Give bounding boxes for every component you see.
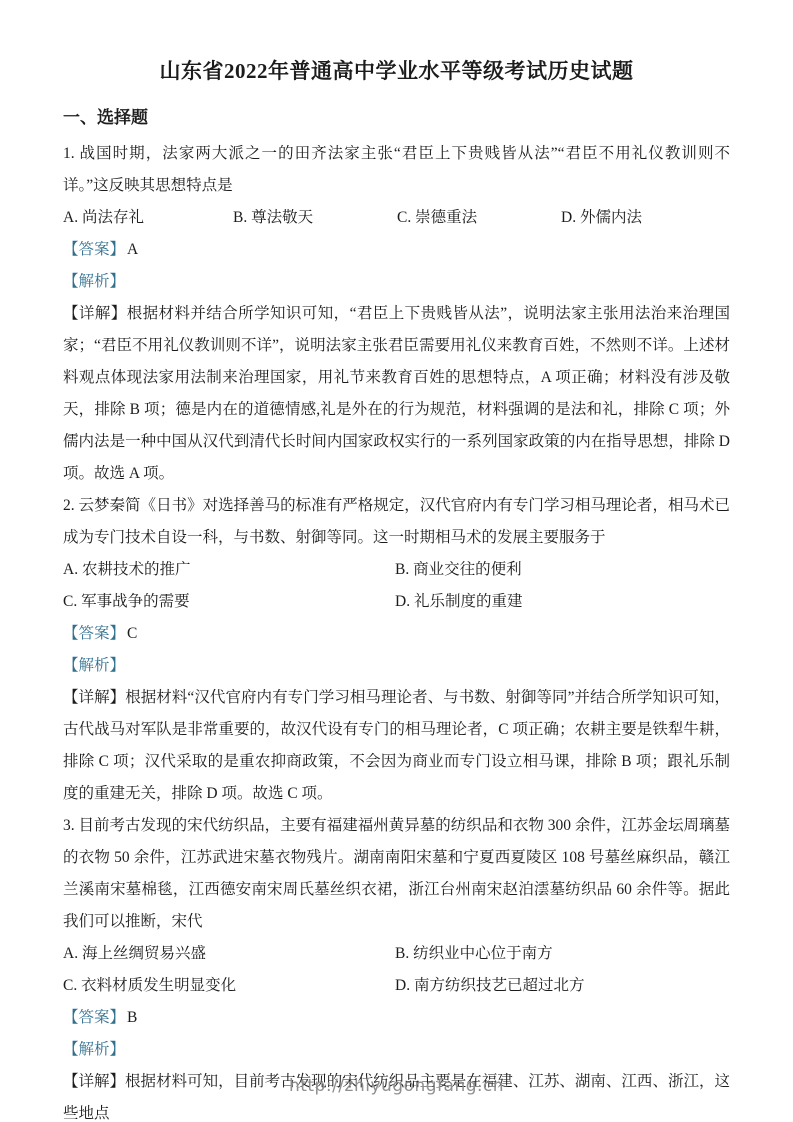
question-3-options-row-2: C. 衣料材质发生明显变化 D. 南方纺织技艺已超过北方 [63, 970, 730, 1002]
question-3-option-a: A. 海上丝绸贸易兴盛 [63, 938, 395, 970]
question-2-option-c: C. 军事战争的需要 [63, 586, 395, 618]
question-2-options-row-1: A. 农耕技术的推广 B. 商业交往的便利 [63, 554, 730, 586]
question-1-option-d: D. 外儒内法 [561, 202, 730, 234]
question-1-options: A. 尚法存礼 B. 尊法敬天 C. 崇德重法 D. 外儒内法 [63, 202, 730, 234]
question-1-option-c: C. 崇德重法 [397, 202, 561, 234]
footer-url: http://zhiyugongfang.cn [0, 1076, 793, 1096]
question-3-option-b: B. 纺织业中心位于南方 [395, 938, 730, 970]
question-2-options-row-2: C. 军事战争的需要 D. 礼乐制度的重建 [63, 586, 730, 618]
question-2-analysis-label: 【解析】 [63, 650, 730, 682]
question-2-detail: 【详解】根据材料“汉代官府内有专门学习相马理论者、与书数、射御等同”并结合所学知… [63, 682, 730, 810]
document-page: 山东省2022年普通高中学业水平等级考试历史试题 一、选择题 1. 战国时期，法… [0, 0, 793, 1122]
question-3-answer-line: 【答案】B [63, 1002, 730, 1034]
question-3-stem: 3. 目前考古发现的宋代纺织品，主要有福建福州黄异墓的纺织品和衣物 300 余件… [63, 810, 730, 938]
answer-value: B [125, 1009, 137, 1026]
question-2: 2. 云梦秦简《日书》对选择善马的标准有严格规定，汉代官府内有专门学习相马理论者… [63, 490, 730, 810]
question-1-detail: 【详解】根据材料并结合所学知识可知，“君臣上下贵贱皆从法”，说明法家主张用法治来… [63, 298, 730, 490]
question-2-answer-line: 【答案】C [63, 618, 730, 650]
answer-label: 【答案】 [63, 625, 125, 642]
question-1-analysis-label: 【解析】 [63, 266, 730, 298]
question-2-option-b: B. 商业交往的便利 [395, 554, 730, 586]
answer-label: 【答案】 [63, 241, 125, 258]
question-2-stem: 2. 云梦秦简《日书》对选择善马的标准有严格规定，汉代官府内有专门学习相马理论者… [63, 490, 730, 554]
question-1-option-b: B. 尊法敬天 [233, 202, 397, 234]
question-2-option-a: A. 农耕技术的推广 [63, 554, 395, 586]
question-3-option-d: D. 南方纺织技艺已超过北方 [395, 970, 730, 1002]
question-1-stem: 1. 战国时期，法家两大派之一的田齐法家主张“君臣上下贵贱皆从法”“君臣不用礼仪… [63, 138, 730, 202]
page-title: 山东省2022年普通高中学业水平等级考试历史试题 [63, 56, 730, 86]
answer-label: 【答案】 [63, 1009, 125, 1026]
question-3-option-c: C. 衣料材质发生明显变化 [63, 970, 395, 1002]
question-1: 1. 战国时期，法家两大派之一的田齐法家主张“君臣上下贵贱皆从法”“君臣不用礼仪… [63, 138, 730, 490]
answer-value: A [125, 241, 138, 258]
answer-value: C [125, 625, 137, 642]
question-1-option-a: A. 尚法存礼 [63, 202, 233, 234]
section-heading: 一、选择题 [63, 106, 730, 130]
question-3-options-row-1: A. 海上丝绸贸易兴盛 B. 纺织业中心位于南方 [63, 938, 730, 970]
question-2-option-d: D. 礼乐制度的重建 [395, 586, 730, 618]
question-1-answer-line: 【答案】A [63, 234, 730, 266]
question-3-analysis-label: 【解析】 [63, 1034, 730, 1066]
